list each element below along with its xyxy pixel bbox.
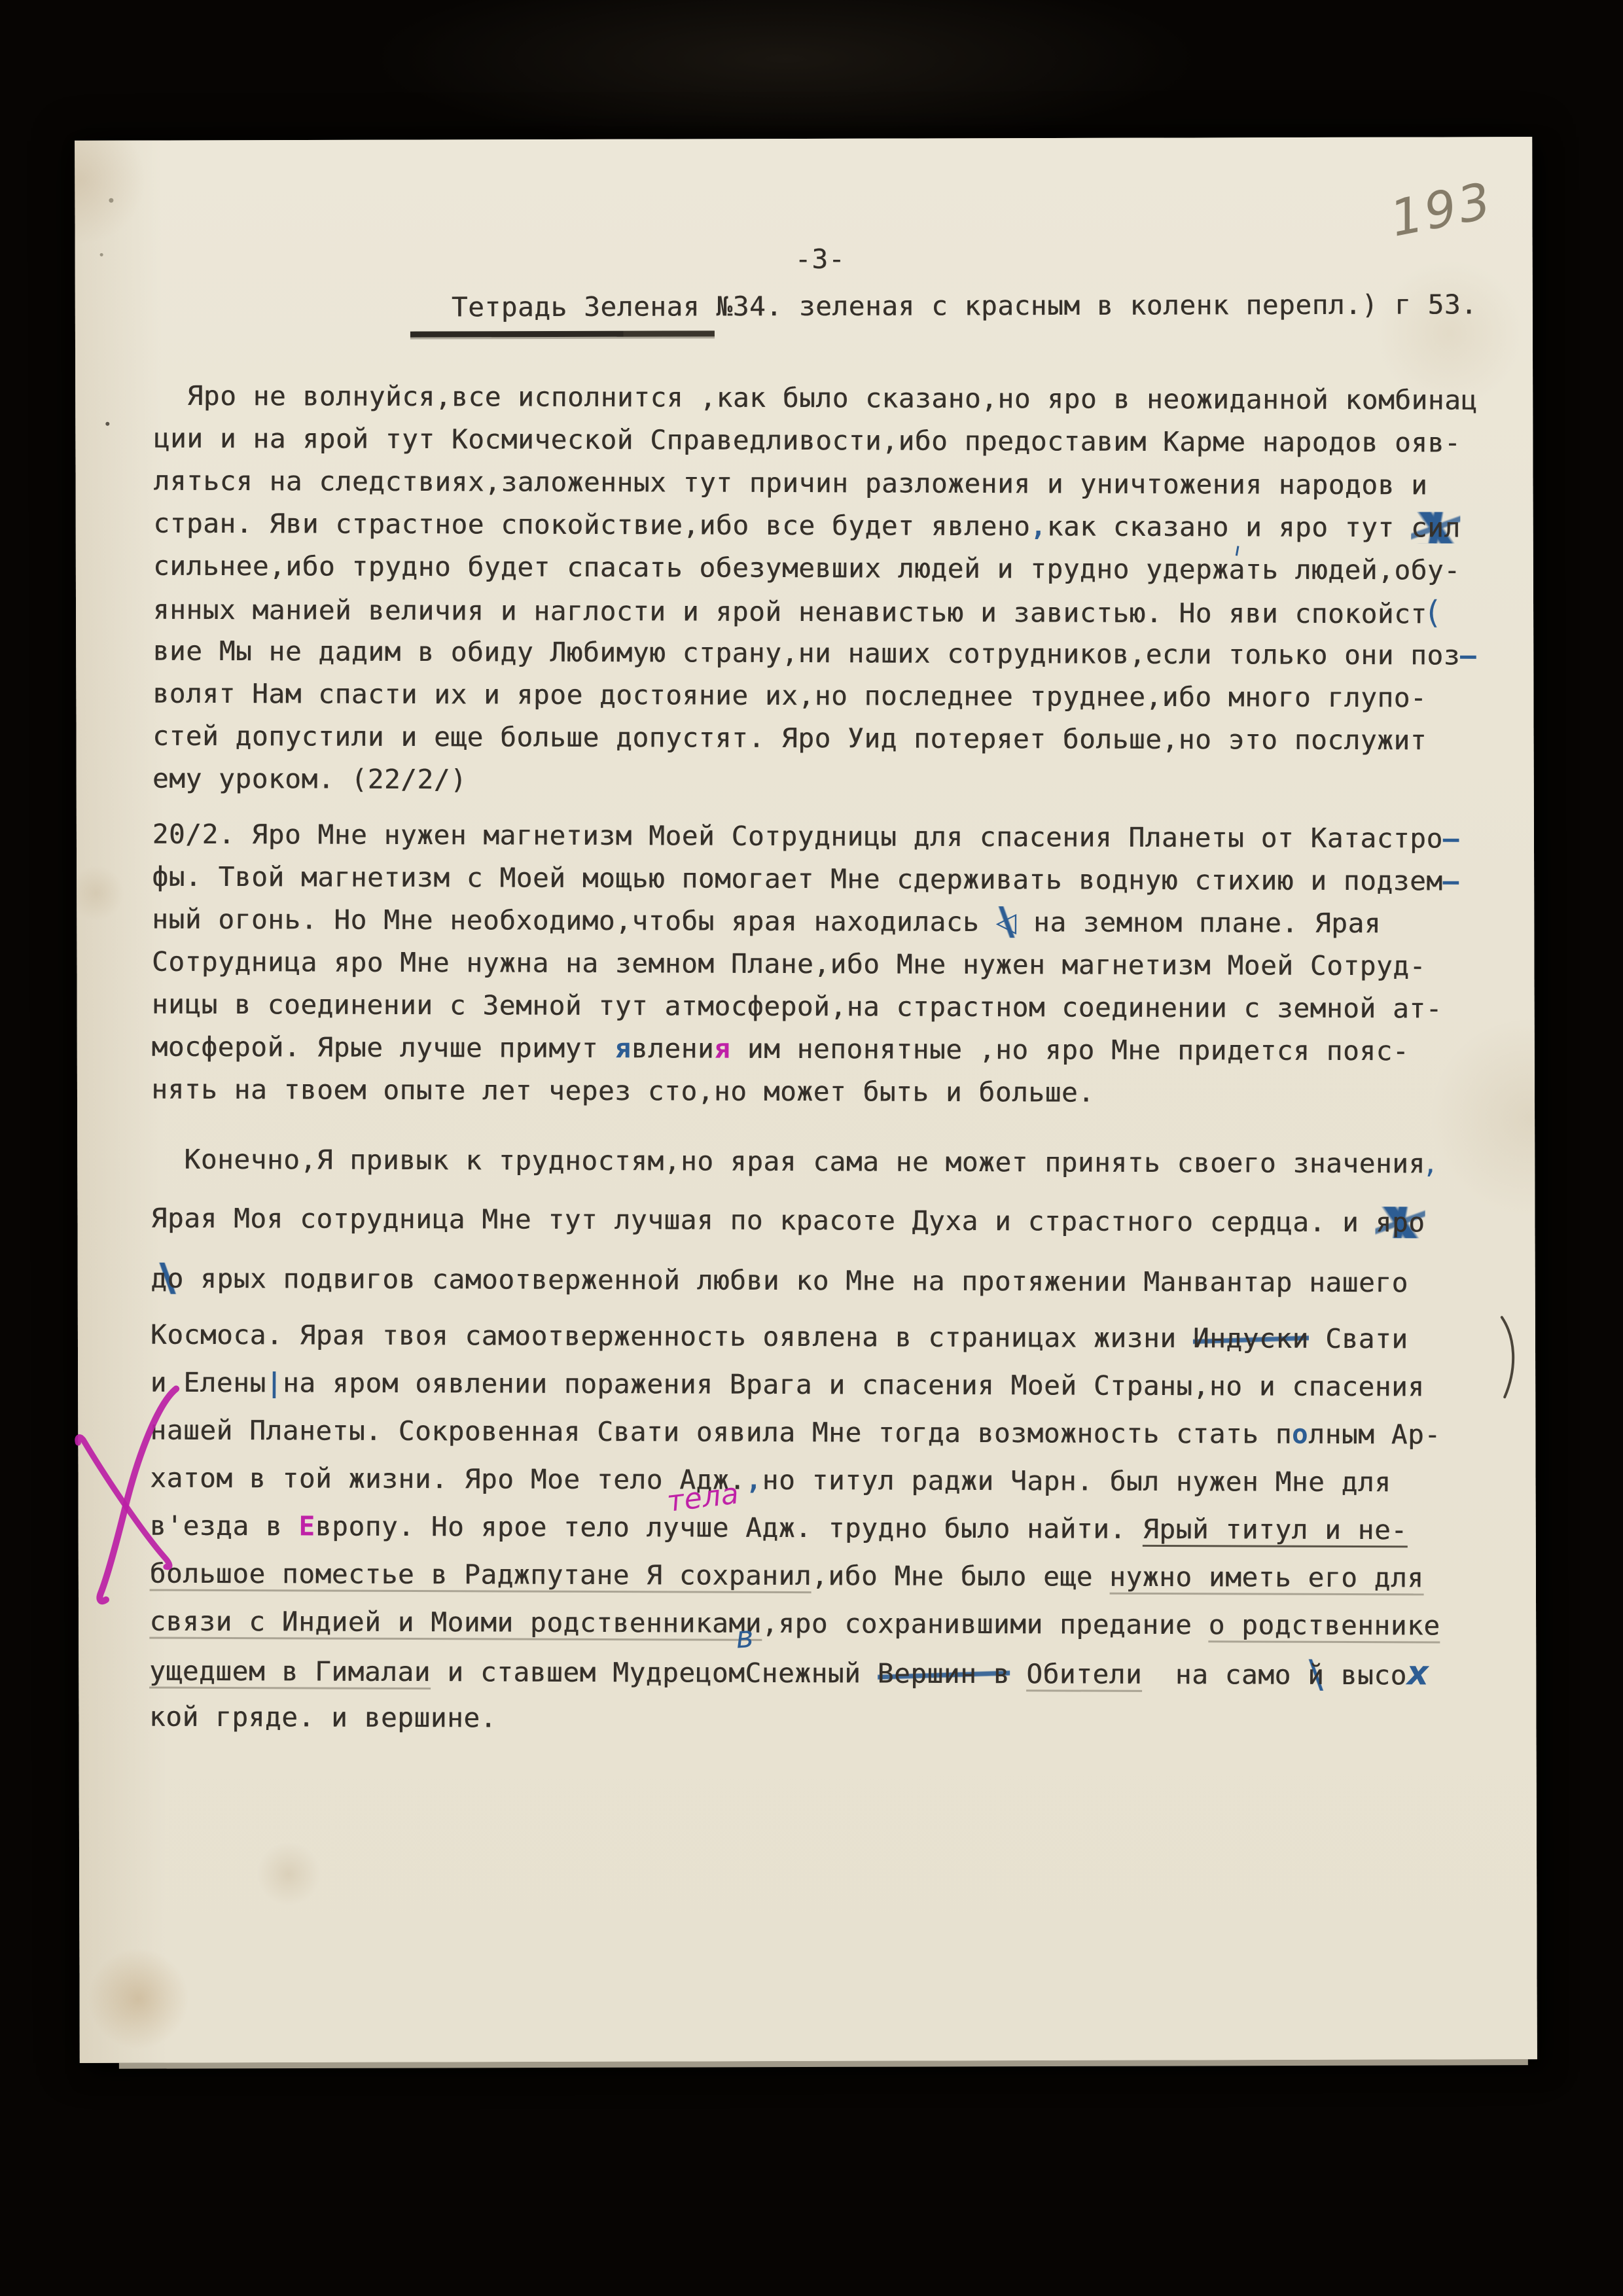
annotated-text: , — [1425, 1144, 1436, 1180]
typed-text: на яром оявлении поражения Врага и спасе… — [283, 1367, 1425, 1402]
typed-text: ный огонь. Но Мне необходимо,чтобы ярая … — [152, 904, 996, 938]
text-line: хатом в той жизни. Яро Мое тело Адж.,но … — [150, 1455, 1511, 1507]
paragraph: Космоса. Ярая твоя самоотверженность ояв… — [149, 1311, 1512, 1746]
typed-text: Космоса. Ярая твоя самоотверженность ояв… — [151, 1319, 1193, 1354]
text-line: ции и на ярой тут Космической Справедлив… — [154, 417, 1515, 465]
title-underline-rule — [410, 330, 715, 337]
typed-text: стран. Яви страстное спокойствие,ибо все… — [153, 508, 1030, 542]
annotated-text: , — [745, 1464, 762, 1496]
annotated-text: о родственнике — [1209, 1609, 1440, 1643]
typewritten-body: Яро не волнуйся,все исполнится ,как было… — [149, 375, 1515, 1746]
typed-text: ть людей,обу- — [1245, 554, 1461, 586]
typed-text: кой гряде. и вершине. — [149, 1701, 497, 1734]
typed-text: влени — [632, 1033, 715, 1064]
text-line: 20/2. Яро Мне нужен магнетизм Моей Сотру… — [152, 813, 1514, 860]
text-line: сильнее,ибо трудно будет спасать обезуме… — [153, 545, 1514, 592]
typed-text: ,яро сохранившими предание — [762, 1608, 1209, 1640]
annotated-text: Обители — [1026, 1658, 1142, 1692]
text-line: ляться на следствиях,заложенных тут прич… — [153, 460, 1514, 507]
text-line: мосферой. Ярые лучше примут явления им н… — [151, 1026, 1512, 1073]
text-line: ницы в соединении с Земной тут атмосферо… — [152, 983, 1513, 1031]
typed-text: стей допустили и еще больше допустят. Яр… — [152, 720, 1427, 756]
document-page: 193 -3- Тетрадь Зеленая №34. зеленая с к… — [75, 137, 1537, 2063]
annotated-text: связи с Индией и Моими родственниками — [149, 1606, 762, 1641]
typed-page-marker: -3- — [795, 243, 846, 275]
annotated-text: я — [714, 1033, 730, 1065]
annotated-text: Вершин в — [878, 1657, 1010, 1689]
text-line: Конечно,Я привык к трудностям,но ярая са… — [151, 1128, 1512, 1193]
text-line: связи с Индией и Моими родственниками,яр… — [149, 1598, 1510, 1650]
pencil-dot — [109, 198, 113, 203]
annotated-text: тела — [664, 1470, 741, 1526]
annotated-text: — — [1460, 640, 1476, 671]
typed-text: нашей Планеты. Сокровенная Свати оявила … — [150, 1415, 1292, 1450]
text-line: Сотрудница яро Мне нужна на земном Плане… — [152, 941, 1513, 988]
paragraph: 20/2. Яро Мне нужен магнетизм Моей Сотру… — [151, 813, 1514, 1116]
typed-text: ,ибо Мне было еще — [811, 1560, 1109, 1593]
text-line: большое поместье в Раджпутане Я сохранил… — [150, 1550, 1511, 1602]
text-line: до ярых подвигов самоотверженной любви к… — [151, 1248, 1512, 1313]
typed-text: хатом в той жизни. Яро Мое тело Адж. — [150, 1462, 745, 1496]
annotated-text: а — [1228, 554, 1245, 585]
typed-text: и ставшем Мудрецом — [431, 1656, 745, 1689]
typed-text: ции и на ярой тут Космической Справедлив… — [154, 423, 1461, 459]
scan-background: 193 -3- Тетрадь Зеленая №34. зеленая с к… — [0, 0, 1623, 2296]
text-line: вие Мы не дадим в обиду Любимую страну,н… — [153, 630, 1514, 677]
text-line: волят Нам спасти их и ярое достояние их,… — [152, 673, 1514, 720]
typed-text: Сотрудница яро Мне нужна на земном Плане… — [152, 946, 1426, 982]
typed-text: ницы в соединении с Земной тут атмосферо… — [152, 989, 1442, 1025]
text-line: стран. Яви страстное спокойствие,ибо все… — [153, 503, 1514, 550]
annotated-text: Индуски — [1193, 1322, 1309, 1354]
typed-text: Свати — [1309, 1323, 1408, 1355]
typed-text: лным Ар- — [1308, 1419, 1440, 1451]
handwritten-page-number: 193 — [1385, 171, 1497, 248]
typed-text: но титул раджи Чарн. был нужен Мне для — [762, 1464, 1391, 1498]
typed-stray-dot — [105, 422, 109, 426]
text-line: ему уроком. (22/2/) — [152, 758, 1514, 805]
typed-text: Яро не волнуйся,все исполнится ,как было… — [154, 380, 1478, 416]
typed-text: мосферой. Ярые лучше примут — [151, 1031, 615, 1064]
text-line: янных манией величия и наглости и ярой н… — [153, 588, 1514, 635]
annotated-text: в — [734, 1613, 755, 1662]
text-line: Ярая Моя сотрудница Мне тут лучшая по кр… — [151, 1188, 1512, 1253]
text-line: ущедшем в Гималаи и ставшем МудрецомвСне… — [149, 1646, 1510, 1698]
text-line: в'езда в Европу. Но ярое тело лучше тела… — [150, 1502, 1511, 1555]
annotated-text: о — [1292, 1419, 1308, 1450]
annotated-text: сил — [1411, 512, 1461, 543]
typed-text: Ярая Моя сотрудница Мне тут лучшая по кр… — [151, 1203, 1376, 1239]
typed-text: Снежный — [745, 1657, 877, 1689]
text-line: кой гряде. и вершине. — [149, 1693, 1510, 1746]
typed-text: волят Нам спасти их и ярое достояние их,… — [152, 678, 1427, 714]
annotated-text: до — [151, 1263, 184, 1294]
text-line: нять на твоем опыте лет через сто,но мож… — [151, 1069, 1512, 1116]
typed-text: ему уроком. (22/2/) — [152, 763, 467, 796]
x-cross-mark — [66, 1377, 191, 1612]
text-line: Яро не волнуйся,все исполнится ,как было… — [154, 375, 1515, 422]
typed-text: ляться на следствиях,заложенных тут прич… — [153, 465, 1427, 501]
annotated-text: яро — [1376, 1207, 1425, 1238]
typed-text: нять на твоем опыте лет через сто,но мож… — [151, 1074, 1094, 1108]
annotated-text: й — [1308, 1659, 1324, 1691]
typed-text: Адж. трудно было найти. — [745, 1512, 1143, 1545]
annotated-text: х — [1407, 1653, 1429, 1693]
notebook-title: Тетрадь Зеленая №34. зеленая с красным в… — [452, 289, 1478, 323]
text-line: нашей Планеты. Сокровенная Свати оявила … — [150, 1407, 1511, 1459]
closing-paren-mark — [1498, 1315, 1524, 1400]
annotated-text: Е — [298, 1510, 315, 1542]
typed-text: сильнее,ибо трудно будет спасать обезуме… — [153, 550, 1229, 586]
typed-text: как сказано и яро тут — [1047, 510, 1411, 543]
annotated-text: большое поместье в Раджпутане Я сохранил — [150, 1558, 812, 1594]
typed-text: Конечно,Я привык к трудностям,но ярая са… — [151, 1144, 1425, 1180]
annotated-text: нужно иметь его для — [1109, 1561, 1424, 1596]
typed-text: янных манией величия и наглости и ярой н… — [153, 594, 1427, 630]
typed-text: вие Мы не дадим в обиду Любимую страну,н… — [153, 635, 1461, 671]
annotated-text: ◁ — [996, 906, 1017, 938]
pencil-dot — [100, 253, 103, 256]
text-line: и Елены|на яром оявлении поражения Врага… — [151, 1359, 1512, 1411]
annotated-text: , — [1030, 510, 1046, 542]
text-line: Космоса. Ярая твоя самоотверженность ояв… — [151, 1311, 1512, 1364]
text-line: стей допустили и еще больше допустят. Яр… — [152, 715, 1514, 762]
text-line: фы. Твой магнетизм с Моей мощью помогает… — [152, 856, 1513, 903]
annotated-text: я — [615, 1033, 631, 1064]
annotated-text: ущедшем в Гималаи — [149, 1655, 431, 1690]
typed-text: на само — [1142, 1659, 1308, 1691]
typed-text: фы. Твой магнетизм с Моей мощью помогает… — [152, 861, 1442, 897]
typed-text: ярых подвигов самоотверженной любви ко М… — [184, 1263, 1408, 1299]
paragraph: Яро не волнуйся,все исполнится ,как было… — [152, 375, 1515, 805]
typed-text — [1010, 1658, 1026, 1689]
annotated-text: — — [1442, 865, 1459, 896]
typed-text: высо — [1324, 1659, 1407, 1691]
text-line: ный огонь. Но Мне необходимо,чтобы ярая … — [152, 898, 1513, 945]
typed-text: на земном плане. Ярая — [1017, 906, 1381, 939]
annotated-text: — — [1443, 822, 1459, 854]
typed-text: им непонятные ,но яро Мне придется пояс- — [730, 1033, 1409, 1067]
annotated-text: Ярый титул и не- — [1143, 1513, 1408, 1547]
typed-text: 20/2. Яро Мне нужен магнетизм Моей Сотру… — [152, 819, 1443, 855]
annotated-text: | — [266, 1367, 283, 1398]
paragraph: Конечно,Я привык к трудностям,но ярая са… — [151, 1128, 1512, 1313]
annotated-text: ( — [1427, 594, 1440, 631]
